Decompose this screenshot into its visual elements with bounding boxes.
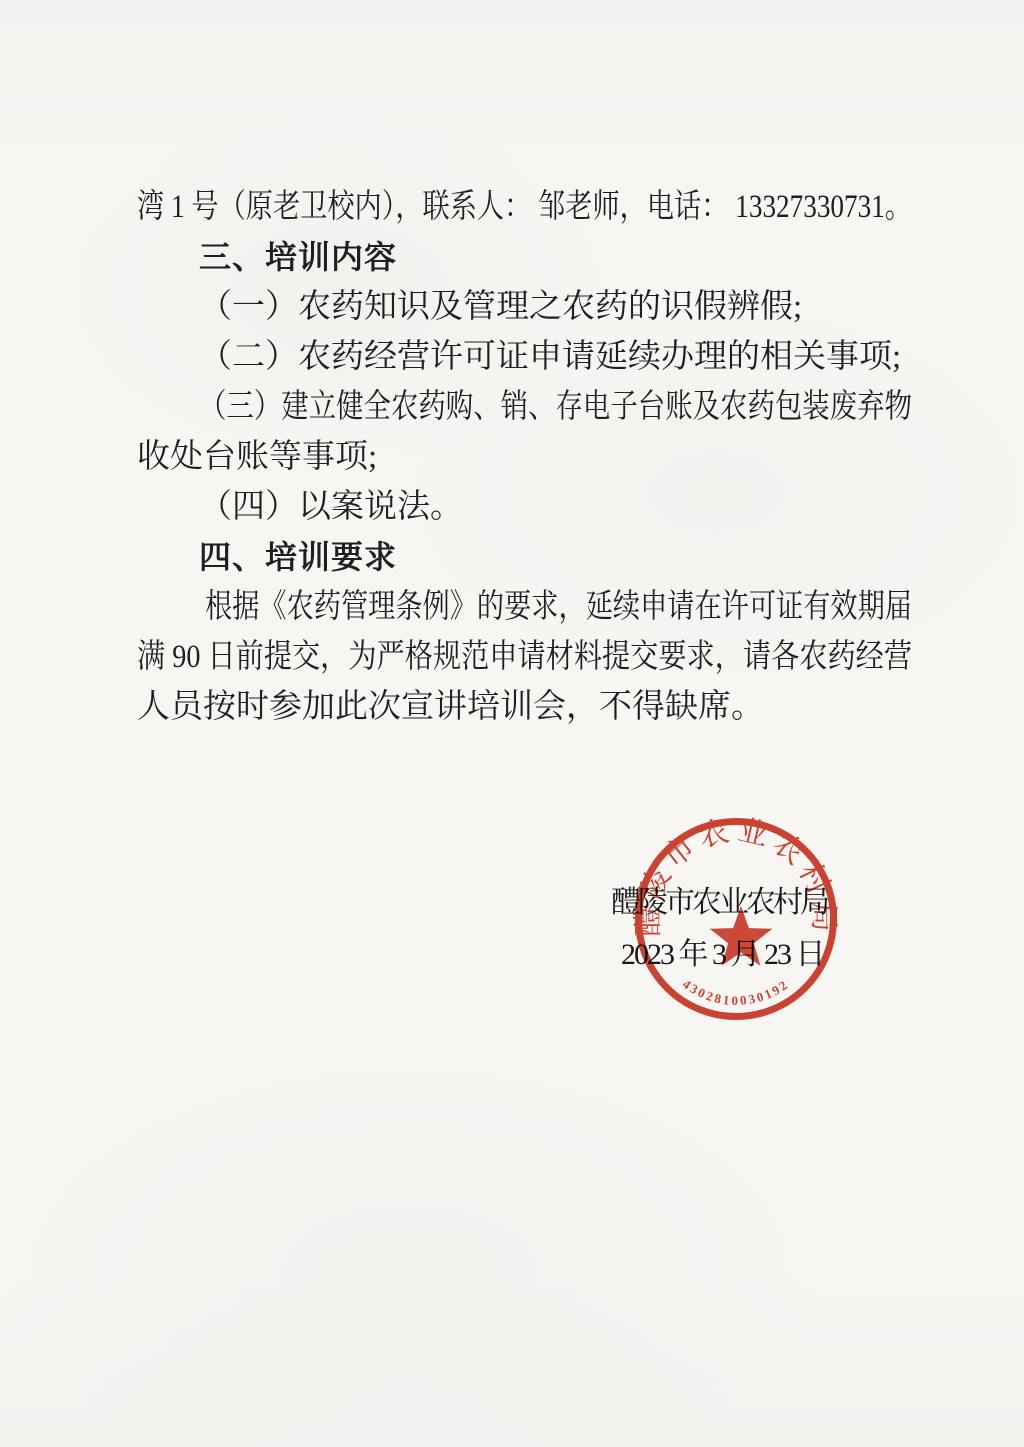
list-item-2: （二）农药经营许可证申请延续办理的相关事项;: [137, 332, 912, 382]
list-item-4: （四）以案说法。: [137, 482, 912, 532]
list-item-3: （三）建立健全农药购、销、存电子台账及农药包装废弃物: [137, 382, 912, 432]
seal-code-holder: 4302810030192: [680, 976, 792, 1008]
section-heading-3: 三、培训内容: [137, 232, 912, 282]
seal-arc-text: 醴陵市农业农村局: [632, 814, 840, 937]
paragraph-line-2: 满 90 日前提交，为严格规范申请材料提交要求，请各农药经营: [137, 632, 912, 682]
list-item-3-wrap: 收处台账等事项;: [137, 432, 912, 482]
seal-arc-text-holder: 醴陵市农业农村局: [632, 814, 840, 937]
paragraph-line-1: 根据《农药管理条例》的要求，延续申请在许可证有效期届: [137, 582, 912, 632]
doc-line-text: 湾 1 号（原老卫校内），联系人： 邹老师，电话： 13327330731。: [137, 182, 912, 232]
seal-star-icon: [710, 906, 773, 966]
doc-line-text: （三）建立健全农药购、销、存电子台账及农药包装废弃物: [199, 382, 912, 432]
official-seal: 醴陵市农业农村局 4302810030192: [632, 814, 840, 1022]
seal-code: 4302810030192: [680, 976, 792, 1008]
list-item-1: （一）农药知识及管理之农药的识假辨假;: [137, 282, 912, 332]
section-heading-4: 四、培训要求: [137, 532, 912, 582]
document-body: 湾 1 号（原老卫校内），联系人： 邹老师，电话： 13327330731。 三…: [137, 182, 912, 732]
doc-line-text: 根据《农药管理条例》的要求，延续申请在许可证有效期届: [205, 582, 912, 632]
paragraph-line-3: 人员按时参加此次宣讲培训会，不得缺席。: [137, 682, 912, 732]
doc-line-continuation: 湾 1 号（原老卫校内），联系人： 邹老师，电话： 13327330731。: [137, 182, 912, 232]
doc-line-text: 满 90 日前提交，为严格规范申请材料提交要求，请各农药经营: [137, 632, 912, 682]
